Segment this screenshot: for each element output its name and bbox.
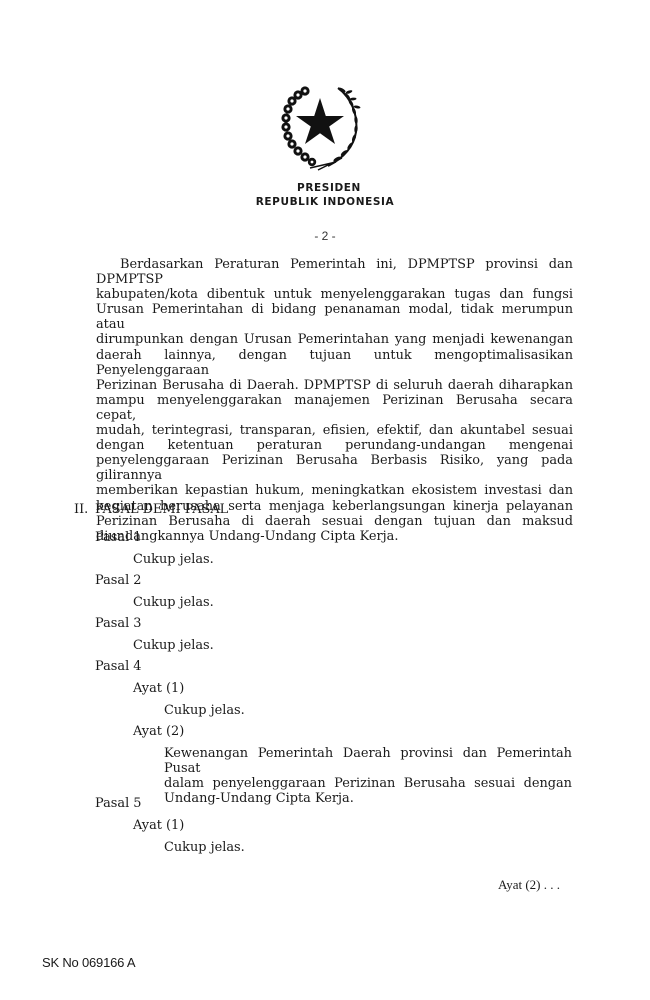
header-republic: REPUBLIK INDONESIA — [0, 196, 650, 208]
pasal-4-ayat-1-text: Cukup jelas. — [164, 703, 245, 718]
presidential-emblem-icon — [280, 80, 362, 172]
paragraph-line: kabupaten/kota dibentuk untuk menyelengg… — [96, 287, 573, 302]
paragraph-line: Perizinan Berusaha di Daerah. DPMPTSP di… — [96, 378, 573, 393]
paragraph-line: daerah lainnya, dengan tujuan untuk meng… — [96, 348, 573, 378]
pasal-3-text: Cukup jelas. — [133, 638, 214, 653]
page-number: - 2 - — [0, 229, 650, 243]
pasal-4-ayat-2-text: Kewenangan Pemerintah Daerah provinsi da… — [164, 746, 572, 806]
paragraph-line: mudah, terintegrasi, transparan, efisien… — [96, 423, 573, 438]
pasal-4-label: Pasal 4 — [95, 659, 142, 674]
paragraph-line: memberikan kepastian hukum, meningkatkan… — [96, 483, 573, 498]
pasal-1-label: Pasal 1 — [95, 530, 142, 545]
header-president: PRESIDEN — [4, 182, 650, 194]
pasal-1-text: Cukup jelas. — [133, 552, 214, 567]
pasal-5-label: Pasal 5 — [95, 796, 142, 811]
paragraph-line: diundangkannya Undang-Undang Cipta Kerja… — [96, 529, 573, 544]
pasal-4-ayat-2-label: Ayat (2) — [133, 724, 184, 739]
section-title: PASAL DEMI PASAL — [95, 502, 228, 517]
pasal-3-label: Pasal 3 — [95, 616, 142, 631]
continuation-marker: Ayat (2) . . . — [498, 877, 560, 893]
pasal-5-ayat-1-label: Ayat (1) — [133, 818, 184, 833]
paragraph-line: Kewenangan Pemerintah Daerah provinsi da… — [164, 746, 572, 776]
pasal-5-ayat-1-text: Cukup jelas. — [164, 840, 245, 855]
pasal-2-text: Cukup jelas. — [133, 595, 214, 610]
paragraph-line: Urusan Pemerintahan di bidang penanaman … — [96, 302, 573, 332]
intro-paragraph: Berdasarkan Peraturan Pemerintah ini, DP… — [96, 257, 573, 544]
paragraph-line: mampu menyelenggarakan manajemen Perizin… — [96, 393, 573, 423]
paragraph-line: Berdasarkan Peraturan Pemerintah ini, DP… — [96, 257, 573, 287]
paragraph-line: dalam penyelenggaraan Perizinan Berusaha… — [164, 776, 572, 791]
section-number: II. — [74, 502, 88, 517]
document-code: SK No 069166 A — [42, 955, 135, 970]
pasal-2-label: Pasal 2 — [95, 573, 142, 588]
paragraph-line: penyelenggaraan Perizinan Berusaha Berba… — [96, 453, 573, 483]
paragraph-line: dirumpunkan dengan Urusan Pemerintahan y… — [96, 332, 573, 347]
paragraph-line: Undang-Undang Cipta Kerja. — [164, 791, 572, 806]
pasal-4-ayat-1-label: Ayat (1) — [133, 681, 184, 696]
paragraph-line: dengan ketentuan peraturan perundang-und… — [96, 438, 573, 453]
